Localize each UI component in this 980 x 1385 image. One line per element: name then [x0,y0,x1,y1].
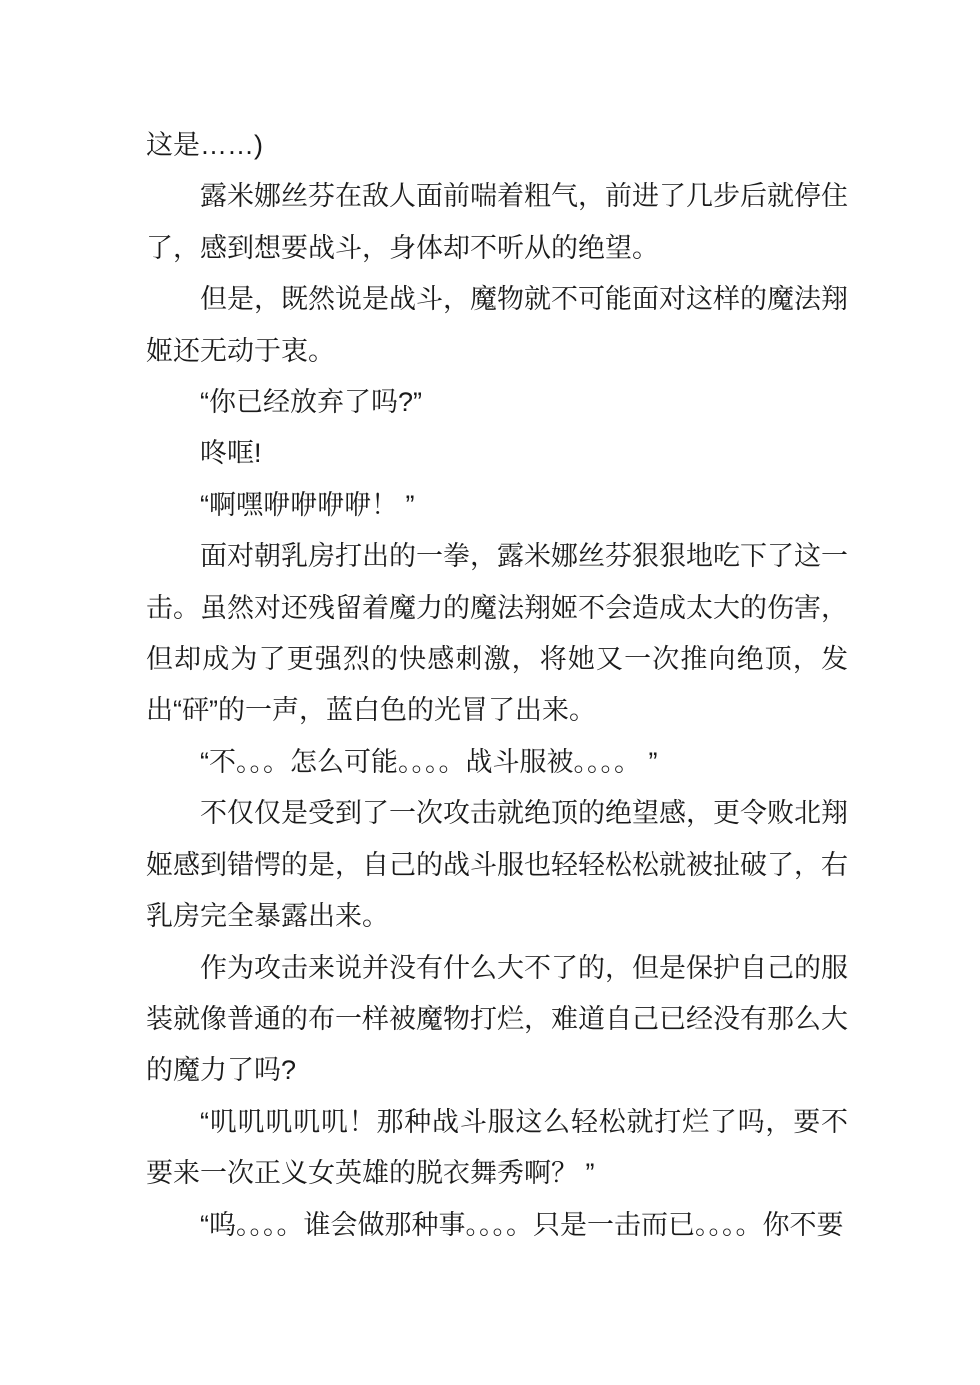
paragraph: 不仅仅是受到了一次攻击就绝顶的绝望感，更令败北翔姬感到错愕的是，自己的战斗服也轻… [146,788,848,942]
paragraph: 但是，既然说是战斗，魔物就不可能面对这样的魔法翔姬还无动于衷。 [146,274,848,377]
paragraph: 这是……) [146,120,848,171]
paragraph: 作为攻击来说并没有什么大不了的，但是保护自己的服装就像普通的布一样被魔物打烂，难… [146,943,848,1097]
paragraph: “啊嘿咿咿咿咿！ ” [146,480,848,531]
paragraph: “呜。。。。谁会做那种事。。。。只是一击而已。。。。你不要 [146,1200,848,1251]
paragraph: 咚哐! [146,428,848,479]
paragraph: “叽叽叽叽叽！那种战斗服这么轻松就打烂了吗，要不要来一次正义女英雄的脱衣舞秀啊？… [146,1097,848,1200]
paragraph: 露米娜丝芬在敌人面前喘着粗气，前进了几步后就停住了，感到想要战斗，身体却不听从的… [146,171,848,274]
paragraph: “你已经放弃了吗?” [146,377,848,428]
novel-page: 这是……)露米娜丝芬在敌人面前喘着粗气，前进了几步后就停住了，感到想要战斗，身体… [0,0,980,1385]
paragraph: 面对朝乳房打出的一拳，露米娜丝芬狠狠地吃下了这一击。虽然对还残留着魔力的魔法翔姬… [146,531,848,737]
paragraph: “不。。。怎么可能。。。。战斗服被。。。。 ” [146,737,848,788]
novel-text-block: 这是……)露米娜丝芬在敌人面前喘着粗气，前进了几步后就停住了，感到想要战斗，身体… [146,120,848,1251]
